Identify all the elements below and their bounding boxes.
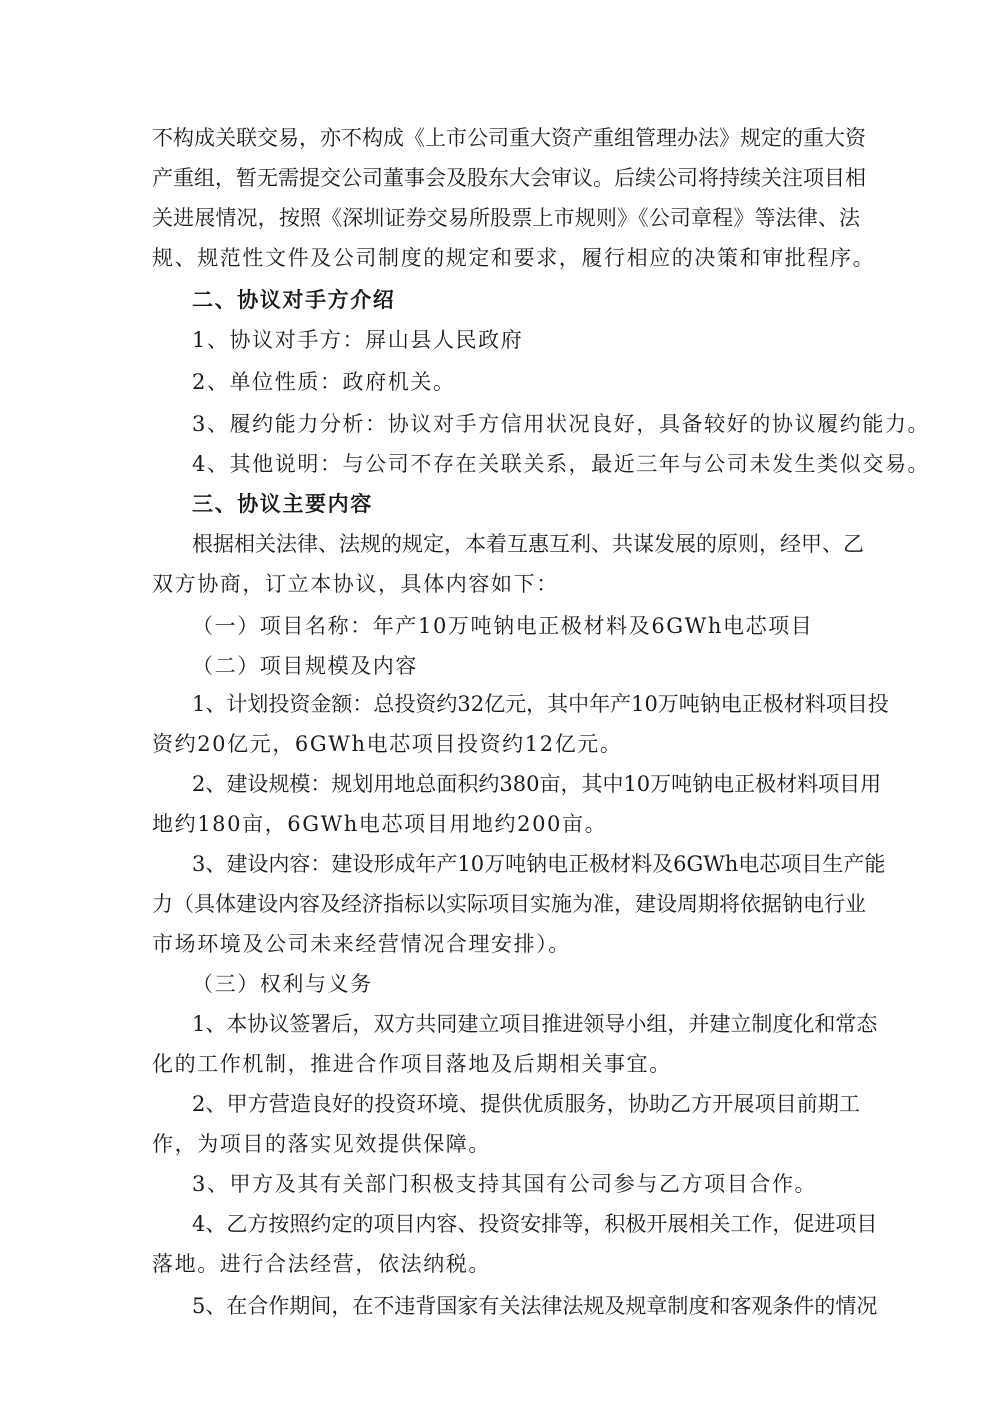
section-heading: 二、协议对手方介绍	[192, 280, 395, 320]
paragraph-line: 1、本协议签署后，双方共同建立项目推进领导小组，并建立制度化和常态	[192, 1004, 860, 1044]
paragraph-line: 不构成关联交易，亦不构成《上市公司重大资产重组管理办法》规定的重大资	[152, 118, 860, 158]
paragraph-line: 4、乙方按照约定的项目内容、投资安排等，积极开展相关工作，促进项目	[192, 1204, 860, 1244]
paragraph-line: 1、协议对手方：屏山县人民政府	[192, 320, 523, 360]
paragraph-line: 地约180亩，6GWh电芯项目用地约200亩。	[152, 804, 607, 844]
paragraph-line: 4、其他说明：与公司不存在关联关系，最近三年与公司未发生类似交易。	[192, 444, 930, 484]
paragraph-line: 产重组，暂无需提交公司董事会及股东大会审议。后续公司将持续关注项目相	[152, 158, 860, 198]
paragraph-line: 5、在合作期间，在不违背国家有关法律法规及规章制度和客观条件的情况	[192, 1286, 860, 1326]
paragraph-line: 关进展情况，按照《深圳证券交易所股票上市规则》《公司章程》等法律、法	[152, 198, 860, 238]
paragraph-line: （一）项目名称：年产10万吨钠电正极材料及6GWh电芯项目	[192, 606, 813, 646]
paragraph-line: 3、甲方及其有关部门积极支持其国有公司参与乙方项目合作。	[192, 1164, 817, 1204]
paragraph-line: （三）权利与义务	[192, 964, 373, 1004]
paragraph-line: 市场环境及公司未来经营情况合理安排）。	[152, 924, 571, 964]
paragraph-line: 2、单位性质：政府机关。	[192, 362, 456, 402]
paragraph-line: （二）项目规模及内容	[192, 646, 418, 686]
paragraph-line: 资约20亿元，6GWh电芯项目投资约12亿元。	[152, 724, 623, 764]
paragraph-line: 3、履约能力分析：协议对手方信用状况良好，具备较好的协议履约能力。	[192, 404, 930, 444]
paragraph-line: 规、规范性文件及公司制度的规定和要求，履行相应的决策和审批程序。	[152, 238, 875, 278]
paragraph-line: 根据相关法律、法规的规定，本着互惠互利、共谋发展的原则，经甲、乙	[192, 524, 860, 564]
paragraph-line: 双方协商，订立本协议，具体内容如下：	[152, 564, 559, 604]
paragraph-line: 作，为项目的落实见效提供保障。	[152, 1124, 491, 1164]
paragraph-line: 3、建设内容：建设形成年产10万吨钠电正极材料及6GWh电芯项目生产能	[192, 844, 860, 884]
paragraph-line: 2、甲方营造良好的投资环境、提供优质服务，协助乙方开展项目前期工	[192, 1084, 860, 1124]
paragraph-line: 力（具体建设内容及经济指标以实际项目实施为准，建设周期将依据钠电行业	[152, 884, 860, 924]
paragraph-line: 1、计划投资金额：总投资约32亿元，其中年产10万吨钠电正极材料项目投	[192, 684, 860, 724]
section-heading: 三、协议主要内容	[192, 484, 373, 524]
paragraph-line: 2、建设规模：规划用地总面积约380亩，其中10万吨钠电正极材料项目用	[192, 764, 860, 804]
paragraph-line: 落地。进行合法经营，依法纳税。	[152, 1244, 491, 1284]
paragraph-line: 化的工作机制，推进合作项目落地及后期相关事宜。	[152, 1044, 672, 1084]
